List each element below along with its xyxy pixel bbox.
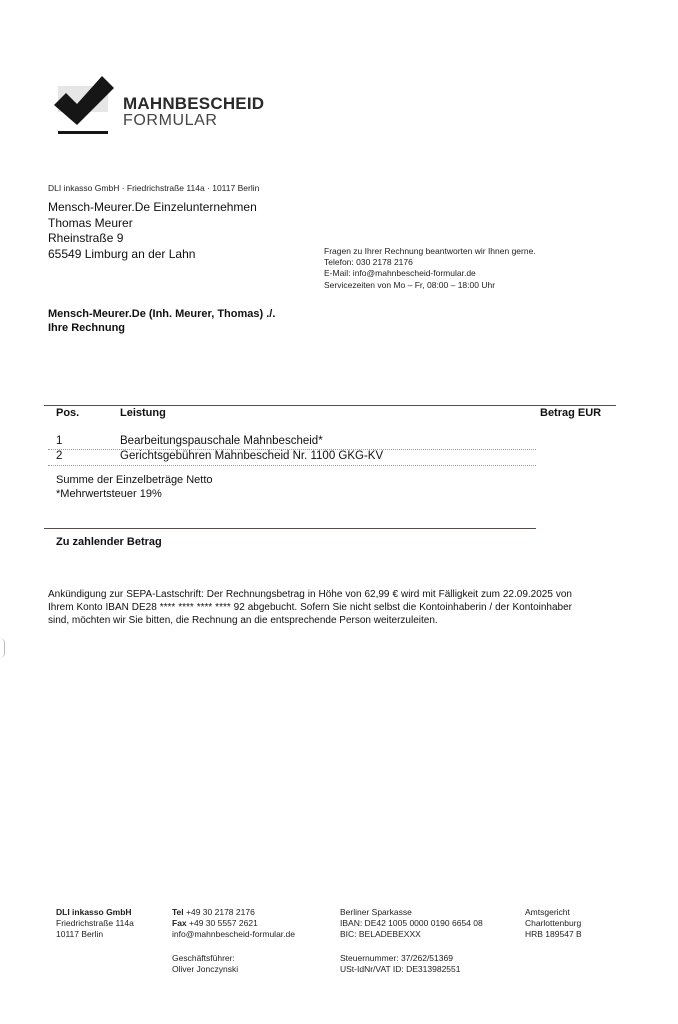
contact-phone: Telefon: 030 2178 2176: [324, 257, 536, 268]
checkmark-icon: [52, 72, 114, 134]
footer-ceo: Geschäftsführer: Oliver Jonczynski: [172, 953, 238, 975]
recipient-city: 65549 Limburg an der Lahn: [48, 247, 257, 263]
court-line-1: Amtsgericht: [525, 907, 582, 918]
bank-iban: IBAN: DE42 1005 0000 0190 6654 08: [340, 918, 483, 929]
footer-court: Amtsgericht Charlottenburg HRB 189547 B: [525, 907, 582, 941]
footer-bank: Berliner Sparkasse IBAN: DE42 1005 0000 …: [340, 907, 483, 941]
recipient-street: Rheinstraße 9: [48, 231, 257, 247]
tel-value: +49 30 2178 2176: [186, 907, 255, 917]
contact-info: Fragen zu Ihrer Rechnung beantworten wir…: [324, 246, 536, 291]
vat-label: *Mehrwertsteuer 19%: [56, 487, 213, 501]
header-pos: Pos.: [56, 407, 79, 419]
contact-hours: Servicezeiten von Mo – Fr, 08:00 – 18:00…: [324, 280, 536, 291]
footer-contact: Tel +49 30 2178 2176 Fax +49 30 5557 262…: [172, 907, 295, 941]
footer-tel: Tel +49 30 2178 2176: [172, 907, 295, 918]
table-top-rule: [44, 405, 616, 406]
tel-label: Tel: [172, 907, 184, 917]
court-line-2: Charlottenburg: [525, 918, 582, 929]
total-label: Zu zahlender Betrag: [56, 536, 162, 548]
bank-bic: BIC: BELADEBEXXX: [340, 929, 483, 940]
company-logo: MAHNBESCHEID FORMULAR: [52, 72, 292, 134]
header-service: Leistung: [120, 407, 166, 419]
court-line-3: HRB 189547 B: [525, 929, 582, 940]
logo-title: MAHNBESCHEID: [123, 94, 264, 114]
tax-number: Steuernummer: 37/262/51369: [340, 953, 460, 964]
bank-name: Berliner Sparkasse: [340, 907, 483, 918]
row-description: Gerichtsgebühren Mahnbescheid Nr. 1100 G…: [120, 450, 383, 462]
logo-subtitle: FORMULAR: [123, 112, 218, 130]
recipient-company: Mensch-Meurer.De Einzelunternehmen: [48, 200, 257, 216]
sepa-notice: Ankündigung zur SEPA-Lastschrift: Der Re…: [48, 588, 572, 628]
footer-email: info@mahnbescheid-formular.de: [172, 929, 295, 940]
vat-id: USt-IdNr/VAT ID: DE313982551: [340, 964, 460, 975]
net-sum-label: Summe der Einzelbeträge Netto: [56, 473, 213, 487]
row-description: Bearbeitungspauschale Mahnbescheid*: [120, 435, 323, 447]
footer-company-street: Friedrichstraße 114a: [56, 918, 134, 929]
footer-tax: Steuernummer: 37/262/51369 USt-IdNr/VAT …: [340, 953, 460, 975]
ceo-name: Oliver Jonczynski: [172, 964, 238, 975]
recipient-address: Mensch-Meurer.De Einzelunternehmen Thoma…: [48, 200, 257, 262]
subject-line-1: Mensch-Meurer.De (Inh. Meurer, Thomas) .…: [48, 307, 275, 321]
fax-value: +49 30 5557 2621: [189, 918, 258, 928]
sender-return-address: DLI inkasso GmbH · Friedrichstraße 114a …: [48, 183, 259, 193]
header-amount: Betrag EUR: [540, 407, 601, 419]
ceo-label: Geschäftsführer:: [172, 953, 238, 964]
recipient-name: Thomas Meurer: [48, 216, 257, 232]
footer-company: DLI inkasso GmbH Friedrichstraße 114a 10…: [56, 907, 134, 941]
footer-company-city: 10117 Berlin: [56, 929, 134, 940]
scan-edge-mark: [0, 638, 5, 658]
subject-line-2: Ihre Rechnung: [48, 321, 275, 335]
row-pos: 2: [56, 450, 62, 462]
table-bottom-rule: [44, 528, 536, 529]
footer-company-name: DLI inkasso GmbH: [56, 907, 134, 918]
invoice-summary: Summe der Einzelbeträge Netto *Mehrwerts…: [56, 473, 213, 501]
contact-intro: Fragen zu Ihrer Rechnung beantworten wir…: [324, 246, 536, 257]
row-pos: 1: [56, 435, 62, 447]
footer-fax: Fax +49 30 5557 2621: [172, 918, 295, 929]
fax-label: Fax: [172, 918, 187, 928]
contact-email: E-Mail: info@mahnbescheid-formular.de: [324, 268, 536, 279]
subject: Mensch-Meurer.De (Inh. Meurer, Thomas) .…: [48, 307, 275, 335]
row-divider: [48, 465, 536, 466]
